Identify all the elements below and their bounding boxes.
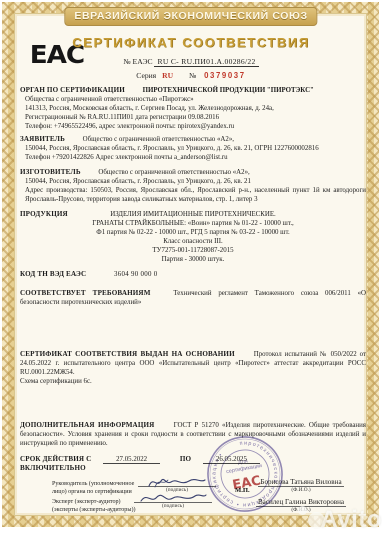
org-line: Телефон: +74965522496, адрес электронной…: [25, 122, 366, 131]
series-value: RU: [162, 71, 173, 80]
blank-number-value: 0379037: [204, 71, 246, 80]
section-product: ПРОДУКЦИЯ ИЗДЕЛИЯ ИМИТАЦИОННЫЕ ПИРОТЕХНИ…: [20, 210, 366, 264]
section-compliance: СООТВЕТСТВУЕТ ТРЕБОВАНИЯМ Технический ре…: [20, 289, 366, 307]
validity-inclusive-label: ВКЛЮЧИТЕЛЬНО: [20, 464, 366, 473]
section-applicant: ЗАЯВИТЕЛЬ Общество с ограниченной ответс…: [20, 135, 366, 162]
certificate-photo: ЕВРАЗИЙСКИЙ ЭКОНОМИЧЕСКИЙ СОЮЗ ЕАС СЕРТИ…: [0, 0, 382, 540]
stamp-eac-mark: ЕАС: [231, 473, 262, 493]
series-row: Серия RU № 0379037: [0, 71, 382, 80]
product-line: Ф1 партия № 02-22 - 10000 шт., РГД 5 пар…: [20, 228, 366, 237]
org-line: Регистрационный № RA.RU.11ПИ01 дата реги…: [25, 113, 366, 122]
tnved-value: 3604 90 000 0: [114, 271, 158, 278]
section-manufacturer: ИЗГОТОВИТЕЛЬ Общество с ограниченной отв…: [20, 168, 366, 204]
applicant-title: Общество с ограниченной ответственностью…: [83, 136, 234, 143]
manufacturer-title: Общество с ограниченной ответственностью…: [98, 169, 249, 176]
expert-sign-caption: (подпись): [134, 503, 212, 509]
stamp-ring-text: пиротехнической продукции • сертификация…: [206, 435, 284, 513]
additional-label: ДОПОЛНИТЕЛЬНАЯ ИНФОРМАЦИЯ: [20, 421, 154, 429]
manufacturer-label: ИЗГОТОВИТЕЛЬ: [20, 168, 81, 176]
series-label: Серия: [136, 71, 156, 80]
product-line: ГРАНАТЫ СТРАЙКБОЛЬНЫЕ: «Воин» партия № 0…: [20, 219, 366, 228]
validity-from-label: СРОК ДЕЙСТВИЯ С: [20, 455, 91, 463]
section-additional-info: ДОПОЛНИТЕЛЬНАЯ ИНФОРМАЦИЯ ГОСТ Р 51270 «…: [20, 421, 366, 448]
certification-stamp: пиротехнической продукции • сертификация…: [199, 428, 292, 521]
certificate-body: ОРГАН ПО СЕРТИФИКАЦИИ ПИРОТЕХНИЧЕСКОЙ ПР…: [20, 86, 366, 473]
section-certification-body: ОРГАН ПО СЕРТИФИКАЦИИ ПИРОТЕХНИЧЕСКОЙ ПР…: [20, 86, 366, 131]
manufacturer-line: 150044, Россия, Ярославская область, г. …: [25, 177, 366, 186]
reg-number-label: № ЕАЭС: [123, 57, 152, 66]
blank-number-label: №: [189, 71, 196, 80]
product-line: Партия - 30000 штук.: [20, 255, 366, 264]
head-role-line: Руководитель (уполномоченное: [52, 481, 152, 489]
basis-scheme-line: Схема сертификации 6с.: [20, 377, 366, 386]
org-label: ОРГАН ПО СЕРТИФИКАЦИИ: [20, 86, 125, 94]
applicant-label: ЗАЯВИТЕЛЬ: [20, 135, 65, 143]
validity-to-label: ПО: [180, 455, 191, 463]
applicant-line: 150044, Россия, Ярославская область, г. …: [25, 144, 366, 153]
product-line: ТУ7275-001-11728087-2015: [20, 246, 366, 255]
registration-number-row: № ЕАЭС RU С- RU.ПИ01.А.00286/22: [0, 57, 382, 66]
section-tnved-code: КОД ТН ВЭД ЕАЭС 3604 90 000 0: [20, 270, 366, 279]
product-line: ИЗДЕЛИЯ ИМИТАЦИОННЫЕ ПИРОТЕХНИЧЕСКИЕ.: [20, 210, 366, 219]
basis-label: СЕРТИФИКАТ СООТВЕТСТВИЯ ВЫДАН НА ОСНОВАН…: [20, 350, 235, 358]
compliance-label: СООТВЕТСТВУЕТ ТРЕБОВАНИЯМ: [20, 289, 151, 297]
manufacturer-line: Адрес производства: 150503, Россия, Ярос…: [25, 186, 366, 204]
certificate-title: СЕРТИФИКАТ СООТВЕТСТВИЯ: [0, 35, 382, 50]
org-title: ПИРОТЕХНИЧЕСКОЙ ПРОДУКЦИИ "ПИРОТЭКС": [143, 87, 314, 94]
org-line: Общества с ограниченной ответственностью…: [25, 95, 366, 104]
section-basis: СЕРТИФИКАТ СООТВЕТСТВИЯ ВЫДАН НА ОСНОВАН…: [20, 350, 366, 386]
validity-from-date: 27.05.2022: [103, 456, 160, 464]
section-validity: СРОК ДЕЙСТВИЯ С 27.05.2022 ПО 26.05.2025…: [20, 455, 366, 473]
product-label: ПРОДУКЦИЯ: [20, 210, 68, 219]
org-line: 141313, Россия, Московская область, г. С…: [25, 104, 366, 113]
eaeu-banner: ЕВРАЗИЙСКИЙ ЭКОНОМИЧЕСКИЙ СОЮЗ: [64, 7, 317, 26]
svg-text:пиротехнической продукции • се: пиротехнической продукции • сертификация…: [206, 435, 284, 513]
product-line: Класс опасности III.: [20, 237, 366, 246]
applicant-line: Телефон +79201422826 Адрес электронной п…: [25, 153, 366, 162]
tnved-label: КОД ТН ВЭД ЕАЭС: [20, 270, 86, 278]
expert-signature: (подпись): [134, 491, 212, 509]
reg-number-value: RU С- RU.ПИ01.А.00286/22: [154, 57, 258, 67]
